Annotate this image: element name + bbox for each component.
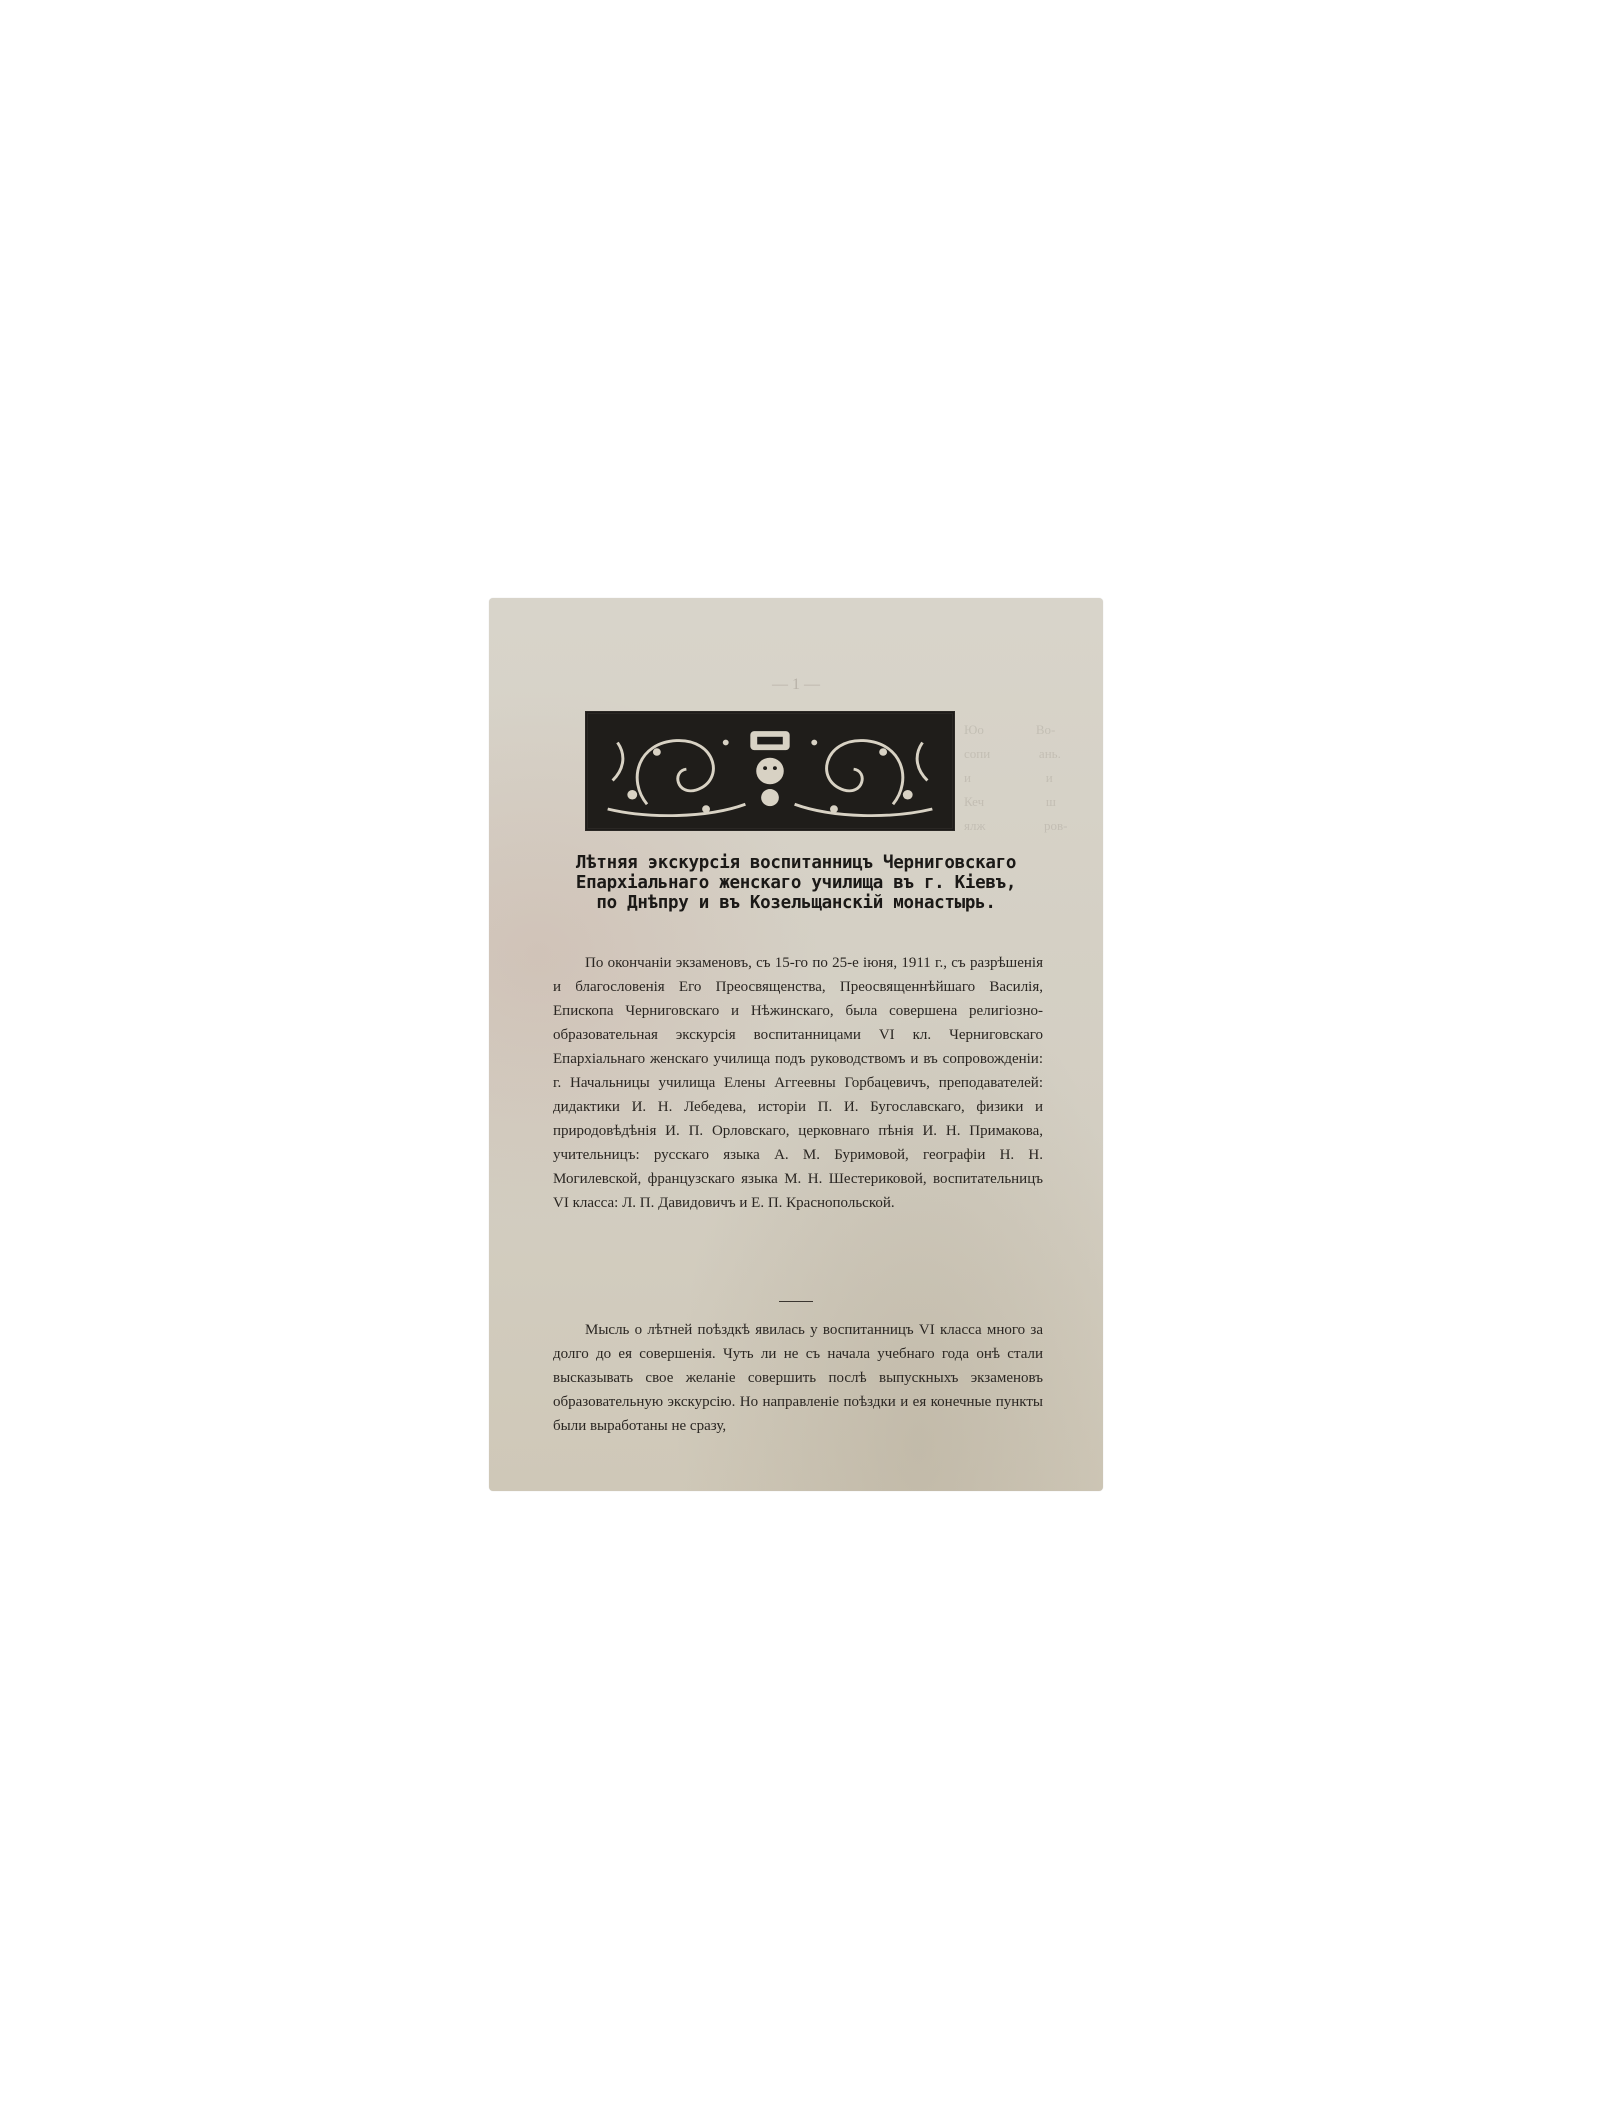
- section-divider: [779, 1301, 813, 1302]
- page-number: — 1 —: [489, 676, 1103, 694]
- paragraph-text: Мысль о лѣтней поѣздкѣ явилась у воспита…: [553, 1318, 1043, 1438]
- paragraph-text: По окончаніи экзаменовъ, съ 15-го по 25-…: [553, 951, 1043, 1215]
- document-page: Юо Во- сопи ань. и и Кеч ш ялж ров- — 1 …: [489, 598, 1103, 1491]
- title-line: по Днѣпру и въ Козельщанскій монастырь.: [529, 893, 1063, 913]
- ornament-headpiece-icon: [585, 711, 955, 831]
- body-paragraph-2: Мысль о лѣтней поѣздкѣ явилась у воспита…: [553, 1318, 1043, 1438]
- bleed-through-text: Юо Во- сопи ань. и и Кеч ш ялж ров-: [964, 718, 1094, 838]
- title-line: Лѣтняя экскурсія воспитанницъ Черниговск…: [529, 853, 1063, 873]
- title-line: Епархіальнаго женскаго училища въ г. Кіе…: [529, 873, 1063, 893]
- article-title: Лѣтняя экскурсія воспитанницъ Черниговск…: [529, 853, 1063, 913]
- body-paragraph-1: По окончаніи экзаменовъ, съ 15-го по 25-…: [553, 951, 1043, 1215]
